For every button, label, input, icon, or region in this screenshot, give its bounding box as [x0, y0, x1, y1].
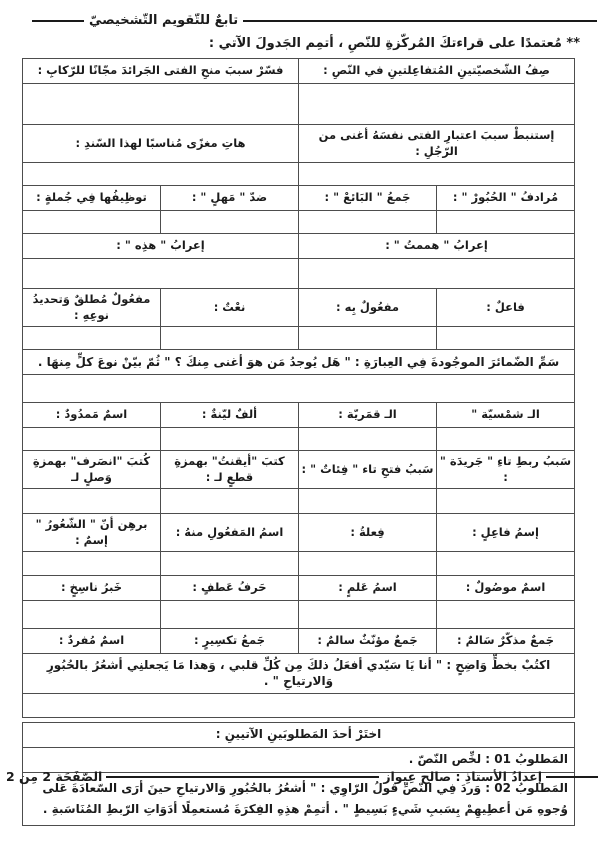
answer-space — [23, 84, 298, 124]
cell-extended-noun: اسمٌ مَمدُودٌ : — [23, 403, 160, 427]
cell-parse-hamamtu: إعرابُ " هممتُ " : — [298, 234, 574, 258]
footer-page-number: الصّفَحَة 2 مِن 2 — [2, 771, 106, 784]
answer-space — [436, 489, 574, 513]
answer-space — [160, 552, 298, 575]
answer-space — [436, 211, 574, 233]
cell-moon-lam: الـ قمَريّة : — [298, 403, 436, 427]
answer-space — [23, 489, 160, 513]
cell-sun-lam: الـ شمْسيّة " — [436, 403, 574, 427]
answer-space — [298, 552, 436, 575]
answer-space — [160, 327, 298, 349]
cell-broken-plural: جَمعُ تكسِيرٍ : — [160, 629, 298, 653]
answer-space — [23, 163, 298, 185]
answer-space — [298, 259, 574, 288]
answer-space — [298, 84, 574, 124]
cell-sound-masculine-plural: جَمعٌ مذكّرٌ سَالمٌ : — [436, 629, 574, 653]
row-answer-space — [23, 84, 574, 125]
cell-text-moral: هاتِ مغزًى مُناسبًا لهذا السّندِ : — [23, 125, 298, 162]
cell-fiila-pattern: فِعلةُ : — [298, 514, 436, 551]
cell-closed-taa-reason: سَببُ ربطِ تاءِ " جَريدَة " : — [436, 451, 574, 488]
cell-absolute-object: مفعُولٌ مُطلقٌ وَتحديدُ نوعِهِ : — [23, 289, 160, 326]
answer-space — [298, 489, 436, 513]
page-footer: إعدادُ الأستاذِ : صالح عِيواز الصّفَحَة … — [0, 771, 600, 784]
cell-use-in-sentence: توظِيفُها فِي جُملةٍ : — [23, 186, 160, 210]
answer-space — [436, 552, 574, 575]
answer-space — [160, 601, 298, 628]
answer-space — [298, 327, 436, 349]
answer-space — [436, 601, 574, 628]
cell-active-participle: إسمُ فاعِلٍ : — [436, 514, 574, 551]
row-handwriting-instruction: اكتُبْ بخطٍّ وَاضِحٍ : " أنا يَا سَيّدي … — [23, 654, 574, 693]
row-inference-labels: إستنبطْ سببَ اعتبارِ الفتى نفسَهُ أغنى م… — [23, 125, 574, 163]
requirement-1: المَطلوبُ 01 : لخِّص النّصّ . — [23, 748, 574, 772]
cell-singular-noun: اسمٌ مُفردٌ : — [23, 629, 160, 653]
cell-hamza-qat-reason: كتبَ "أيقنتُ" بهمزةِ قطعٍ لـ : — [160, 451, 298, 488]
cell-plural-seller: جَمعُ " البَائعْ " : — [298, 186, 436, 210]
answer-space — [298, 211, 436, 233]
row-parsing-labels: إعرابُ " هممتُ " : إعرابُ " هذِه " : — [23, 234, 574, 259]
answer-space — [23, 694, 574, 717]
row-answer-space — [23, 694, 574, 717]
answer-space — [23, 428, 160, 450]
cell-describe-characters: صِفُ الشّخصيّتينِ المُتفاعِلتينِ في النّ… — [298, 59, 574, 83]
row-answer-space — [23, 428, 574, 451]
page-header: تابعٌ للتّقويم التّشخيصيّ — [32, 14, 597, 27]
footer-rule-long — [106, 776, 379, 778]
cell-infer-richer-reason: إستنبطْ سببَ اعتبارِ الفتى نفسَهُ أغنى م… — [298, 125, 574, 162]
worksheet-page: تابعٌ للتّقويم التّشخيصيّ ** مُعتمدًا عل… — [0, 0, 600, 848]
cell-proper-noun: اسمُ عَلمٍ : — [298, 576, 436, 600]
footer-rule-short — [546, 776, 598, 778]
row-pronouns-instruction: سَمِّ الضّمائرَ الموجُودةَ فِي العِبارَة… — [23, 350, 574, 375]
cell-write-clearly: اكتُبْ بخطٍّ وَاضِحٍ : " أنا يَا سَيّدي … — [23, 654, 574, 692]
cell-hamza-wasl-reason: كُتبَ "انصَرف" بهمزةِ وَصلٍ لـ — [23, 451, 160, 488]
cell-explain-free-newspapers: فسّرْ سببَ منحِ الفتى الجَرائدَ مجّانًا … — [23, 59, 298, 83]
choice-title: اختَرْ أحدَ المَطلوبَينِ الآتيينِ : — [23, 723, 574, 747]
row-grammar-functions-labels: فاعلٌ : مفعُولٌ بِه : نعْتٌ : مفعُولٌ مُ… — [23, 289, 574, 327]
row-word-types-labels: اسمٌ موصُولٌ : اسمُ عَلمٍ : حَرفُ عَطفٍ … — [23, 576, 574, 601]
cell-passive-participle: اسمُ المَفعُولِ منهُ : — [160, 514, 298, 551]
row-answer-space — [23, 601, 574, 629]
footer-author: إعدادُ الأستاذِ : صالح عِيواز — [379, 771, 546, 784]
intro-instruction: ** مُعتمدًا على قراءتكَ المُركّزةِ للنّص… — [0, 36, 580, 51]
answer-space — [23, 601, 160, 628]
cell-parse-hadhihi: إعرابُ " هذِه " : — [23, 234, 298, 258]
assessment-table: صِفُ الشّخصيّتينِ المُتفاعِلتينِ في النّ… — [22, 58, 575, 718]
row-plurals-labels: جَمعٌ مذكّرٌ سَالمٌ : جَمعٌ مؤنّثٌ سالمٌ… — [23, 629, 574, 654]
answer-space — [436, 327, 574, 349]
row-answer-space — [23, 552, 574, 576]
answer-space — [23, 375, 574, 402]
answer-space — [436, 428, 574, 450]
answer-space — [23, 259, 298, 288]
row-answer-space — [23, 327, 574, 350]
answer-space — [23, 552, 160, 575]
cell-open-taa-reason: سَببُ فتحِ تاء " فِئاتٌ " : — [298, 451, 436, 488]
cell-conjunction: حَرفُ عَطفٍ : — [160, 576, 298, 600]
header-rule-short — [32, 20, 84, 22]
page-title: تابعٌ للتّقويم التّشخيصيّ — [84, 14, 243, 27]
cell-sound-feminine-plural: جَمعٌ مؤنّثٌ سالمٌ : — [298, 629, 436, 653]
answer-space — [298, 601, 436, 628]
row-choice-title: اختَرْ أحدَ المَطلوبَينِ الآتيينِ : — [23, 723, 574, 748]
row-comprehension-labels: صِفُ الشّخصيّتينِ المُتفاعِلتينِ في النّ… — [23, 59, 574, 84]
row-taa-hamza-labels: سَببُ ربطِ تاءِ " جَريدَة " : سَببُ فتحِ… — [23, 451, 574, 489]
row-answer-space — [23, 163, 574, 186]
answer-space — [298, 428, 436, 450]
answer-space — [160, 428, 298, 450]
cell-synonym-huboor: مُرادفُ " الحُبُورْ " : — [436, 186, 574, 210]
row-vocabulary-labels: مُرادفُ " الحُبُورْ " : جَمعُ " البَائعْ… — [23, 186, 574, 211]
cell-soft-alif: ألفٌ ليّنةٌ : — [160, 403, 298, 427]
cell-direct-object: مفعُولٌ بِه : — [298, 289, 436, 326]
answer-space — [160, 489, 298, 513]
row-answer-space — [23, 211, 574, 234]
row-answer-space — [23, 259, 574, 289]
answer-space — [23, 327, 160, 349]
row-derivation-labels: إسمُ فاعِلٍ : فِعلةُ : اسمُ المَفعُولِ م… — [23, 514, 574, 552]
answer-space — [298, 163, 574, 185]
cell-name-pronouns: سَمِّ الضّمائرَ الموجُودةَ فِي العِبارَة… — [23, 350, 574, 374]
cell-relative-pronoun: اسمٌ موصُولٌ : — [436, 576, 574, 600]
header-rule-long — [243, 20, 597, 22]
cell-subject: فاعلٌ : — [436, 289, 574, 326]
row-answer-space — [23, 375, 574, 403]
answer-space — [160, 211, 298, 233]
row-orthography-labels: الـ شمْسيّة " الـ قمَريّة : ألفٌ ليّنةٌ … — [23, 403, 574, 428]
cell-antonym-mahl: ضدّ " مَهلٍ " : — [160, 186, 298, 210]
answer-space — [23, 211, 160, 233]
row-answer-space — [23, 489, 574, 514]
cell-copular-predicate: خَبرُ ناسِخٍ : — [23, 576, 160, 600]
cell-prove-noun: برهِن أنّ " الشّعُورُ " إسمٌ : — [23, 514, 160, 551]
cell-adjective: نعْتٌ : — [160, 289, 298, 326]
